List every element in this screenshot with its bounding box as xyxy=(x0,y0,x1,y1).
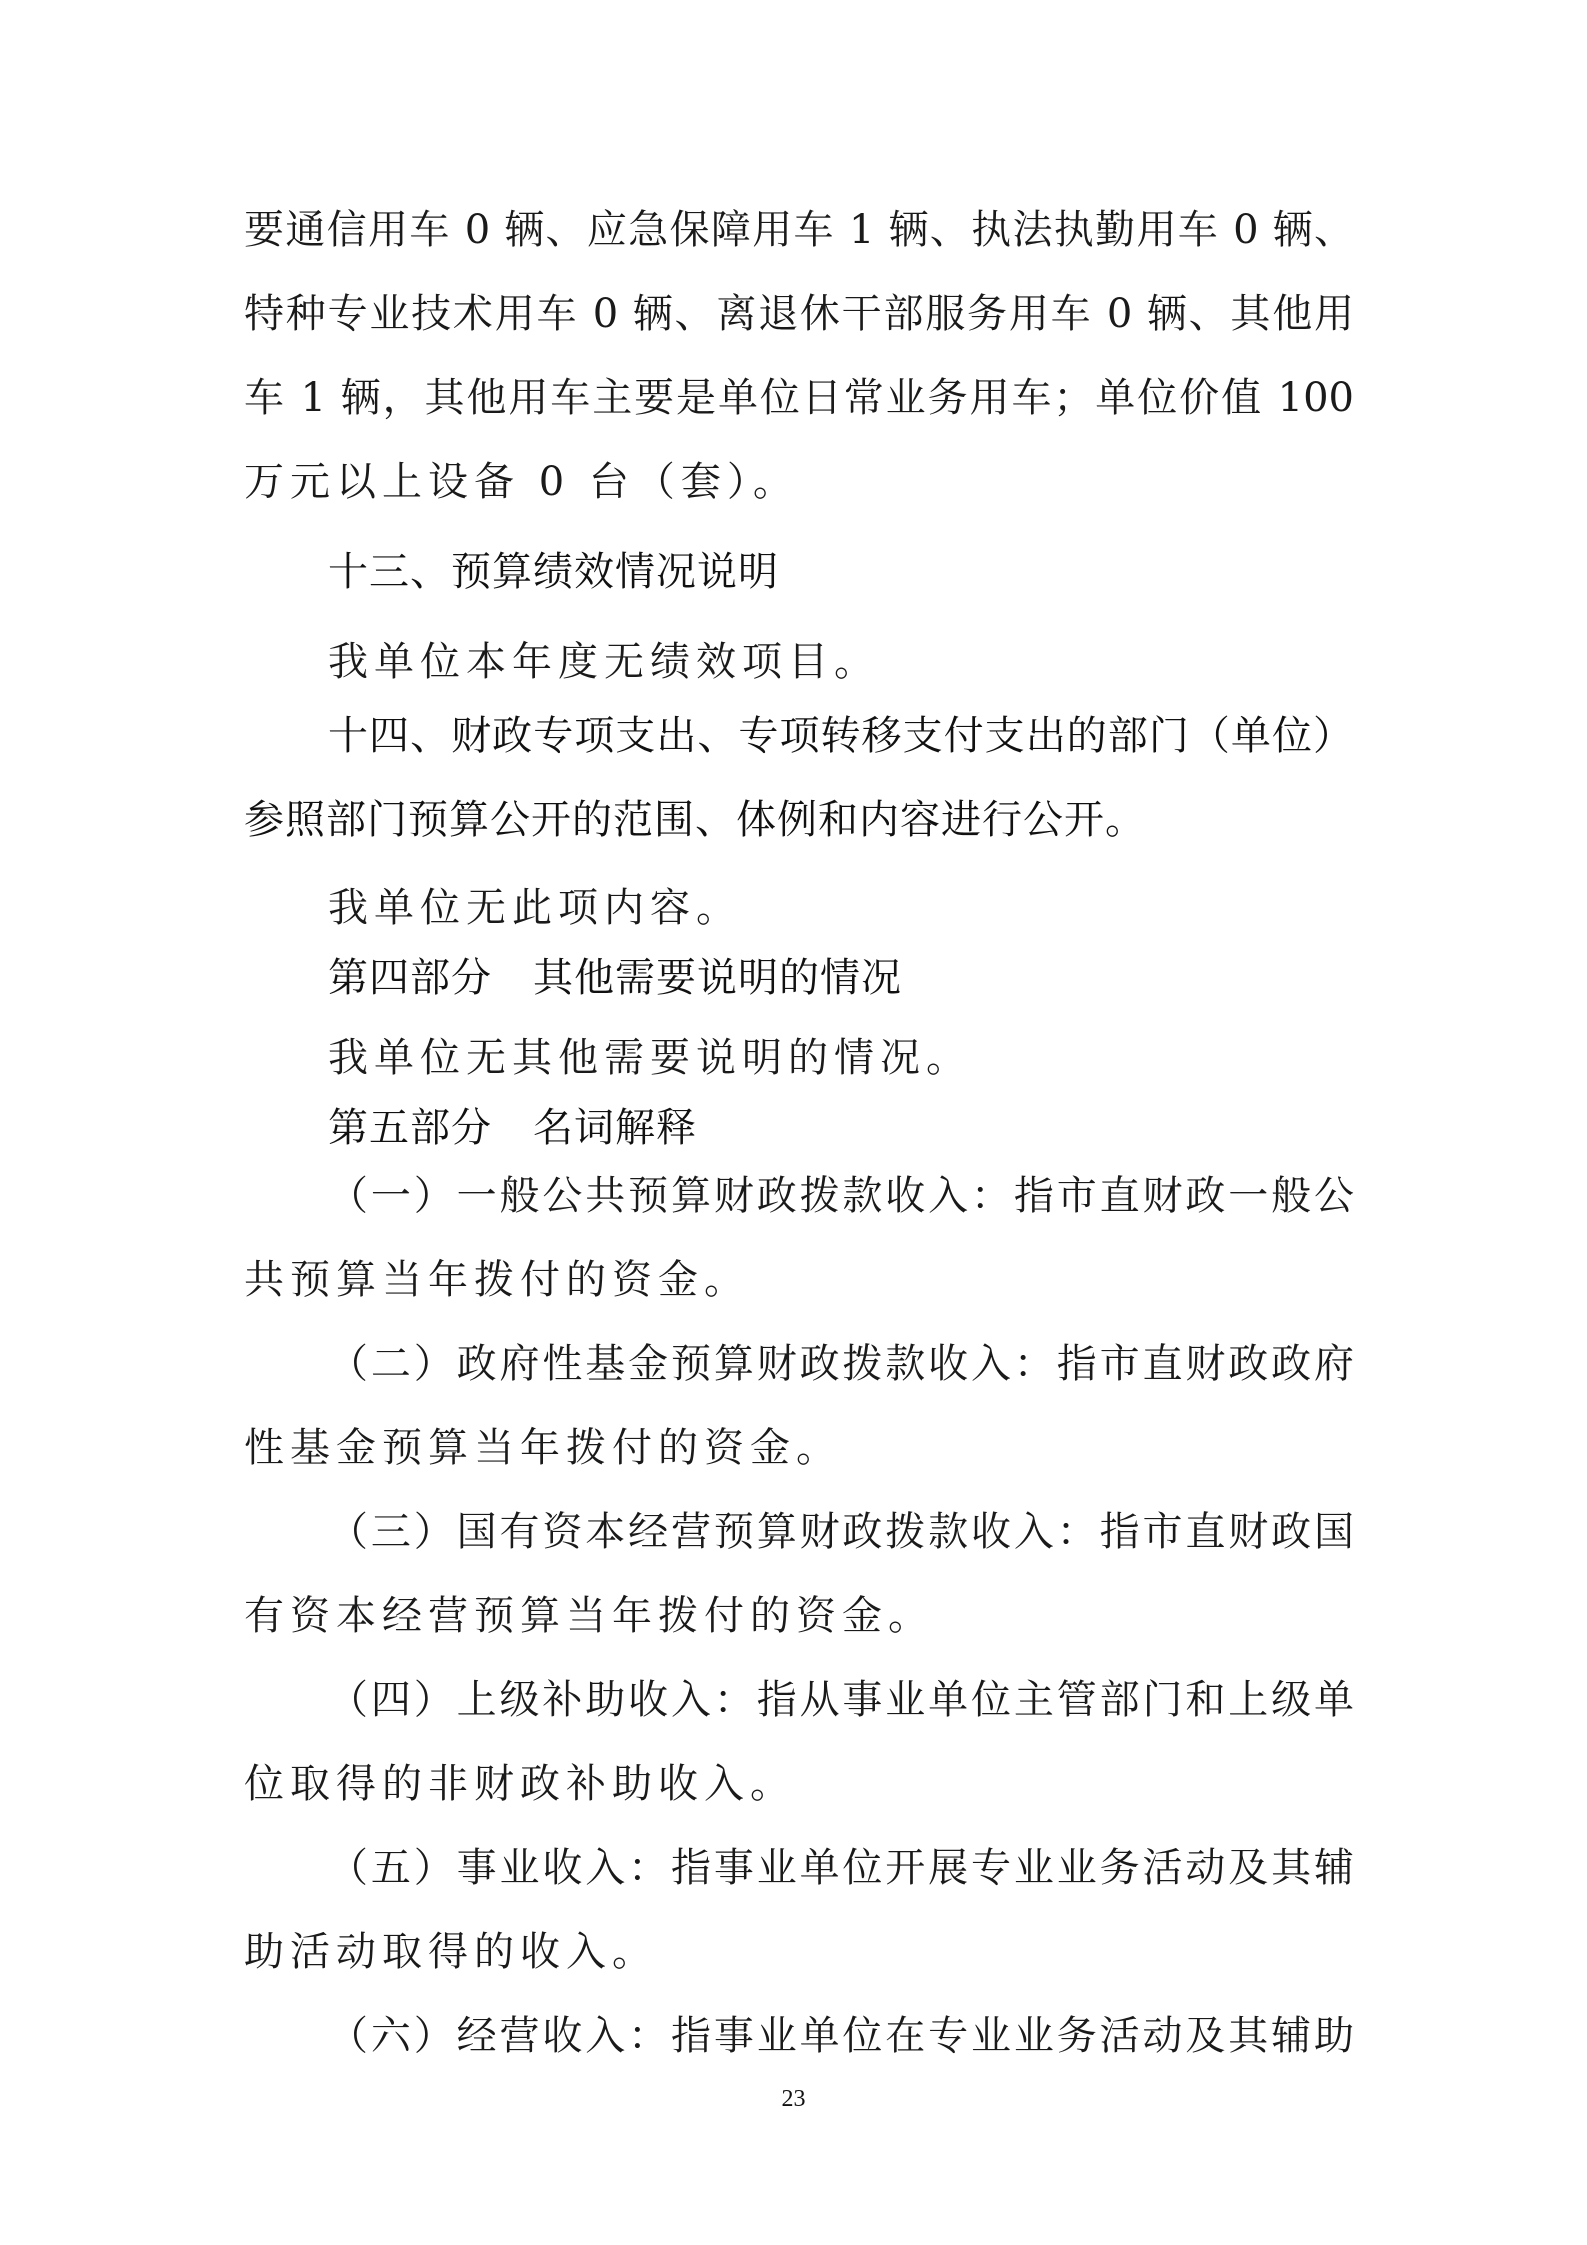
term-6-line-1: （六）经营收入：指事业单位在专业业务活动及其辅助 xyxy=(328,2008,1354,2064)
term-3-line-1: （三）国有资本经营预算财政拨款收入：指市直财政国 xyxy=(328,1504,1354,1560)
paragraph-line-vehicles-4: 万元以上设备 0 台（套）。 xyxy=(244,454,1354,510)
term-3-line-2: 有资本经营预算当年拨付的资金。 xyxy=(244,1588,1354,1644)
paragraph-no-other: 我单位无其他需要说明的情况。 xyxy=(328,1030,1438,1086)
section-heading-14-line-2: 参照部门预算公开的范围、体例和内容进行公开。 xyxy=(244,792,1354,848)
term-1-line-1: （一）一般公共预算财政拨款收入：指市直财政一般公 xyxy=(328,1168,1354,1224)
term-5-line-1: （五）事业收入：指事业单位开展专业业务活动及其辅 xyxy=(328,1840,1354,1896)
paragraph-performance: 我单位本年度无绩效项目。 xyxy=(328,634,1438,690)
term-5-line-2: 助活动取得的收入。 xyxy=(244,1924,1354,1980)
term-2-line-2: 性基金预算当年拨付的资金。 xyxy=(244,1420,1354,1476)
document-page: 要通信用车 0 辆、应急保障用车 1 辆、执法执勤用车 0 辆、 特种专业技术用… xyxy=(0,0,1587,2245)
section-heading-13: 十三、预算绩效情况说明 xyxy=(328,544,1438,600)
term-4-line-1: （四）上级补助收入：指从事业单位主管部门和上级单 xyxy=(328,1672,1354,1728)
page-number: 23 xyxy=(0,2086,1587,2113)
part-heading-4: 第四部分 其他需要说明的情况 xyxy=(328,950,1438,1006)
paragraph-line-vehicles-1: 要通信用车 0 辆、应急保障用车 1 辆、执法执勤用车 0 辆、 xyxy=(244,202,1354,258)
paragraph-line-vehicles-3: 车 1 辆，其他用车主要是单位日常业务用车；单位价值 100 xyxy=(244,370,1354,426)
term-4-line-2: 位取得的非财政补助收入。 xyxy=(244,1756,1354,1812)
section-heading-14-line-1: 十四、财政专项支出、专项转移支付支出的部门（单位） xyxy=(328,708,1354,764)
paragraph-line-vehicles-2: 特种专业技术用车 0 辆、离退休干部服务用车 0 辆、其他用 xyxy=(244,286,1354,342)
part-heading-5: 第五部分 名词解释 xyxy=(328,1100,1438,1156)
paragraph-no-content: 我单位无此项内容。 xyxy=(328,880,1438,936)
term-1-line-2: 共预算当年拨付的资金。 xyxy=(244,1252,1354,1308)
term-2-line-1: （二）政府性基金预算财政拨款收入：指市直财政政府 xyxy=(328,1336,1354,1392)
